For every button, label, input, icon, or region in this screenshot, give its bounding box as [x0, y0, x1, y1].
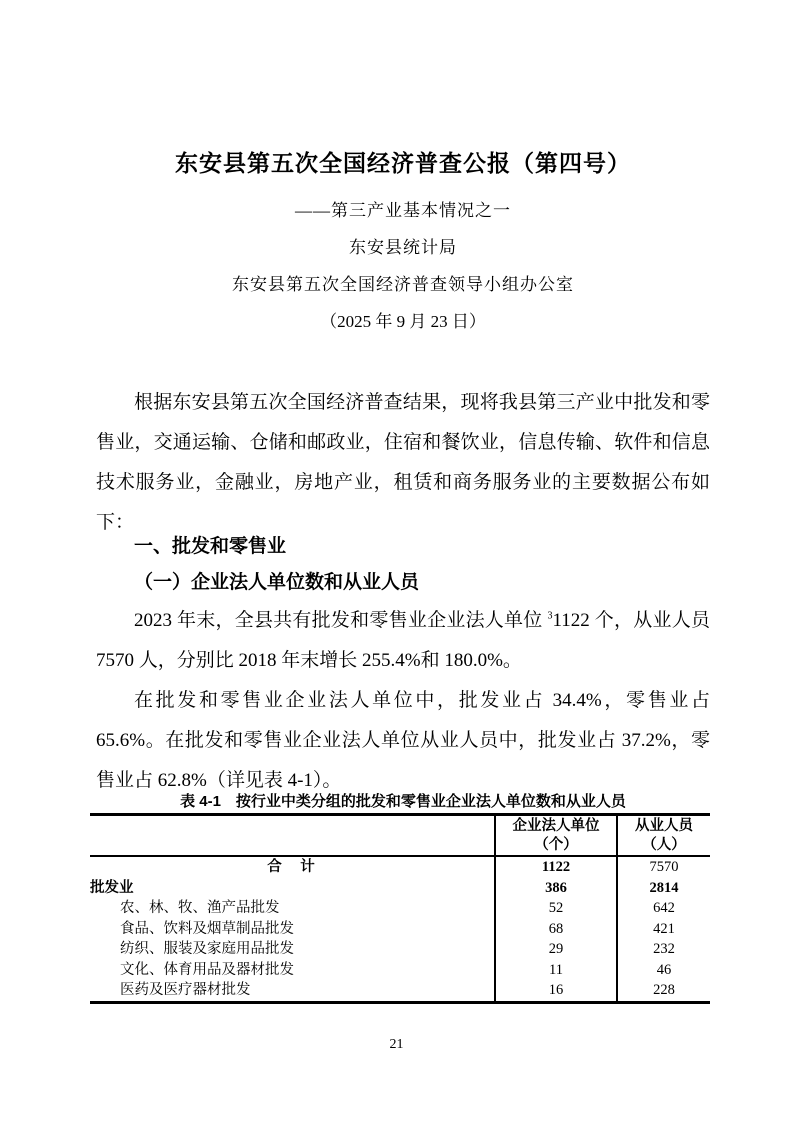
table-row: 纺织、服装及家庭用品批发 29 232 [90, 939, 710, 960]
corp-units-header-line2: （个） [496, 836, 616, 855]
corp-units-column-header: 企业法人单位 （个） [495, 815, 617, 857]
units-value: 29 [495, 939, 617, 960]
units-value: 386 [495, 878, 617, 899]
industry-column-header [90, 815, 495, 857]
corp-units-header-line1: 企业法人单位 [496, 817, 616, 836]
persons-value: 2814 [617, 878, 710, 899]
document-subtitle: ——第三产业基本情况之一 [96, 198, 710, 224]
row-label: 批发业 [90, 878, 495, 899]
persons-value: 642 [617, 898, 710, 919]
row-label: 纺织、服装及家庭用品批发 [90, 939, 495, 960]
persons-value: 232 [617, 939, 710, 960]
section-1-heading: 一、批发和零售业 [96, 529, 710, 565]
table-row-wholesale: 批发业 386 2814 [90, 878, 710, 899]
table-row: 文化、体育用品及器材批发 11 46 [90, 960, 710, 981]
document-content: 东安县第五次全国经济普查公报（第四号） ——第三产业基本情况之一 东安县统计局 … [96, 0, 710, 1004]
issuer-line-2: 东安县第五次全国经济普查领导小组办公室 [96, 272, 710, 298]
row-label: 合 计 [90, 856, 495, 878]
units-employment-text-pre: 2023 年末，全县共有批发和零售业企业法人单位 [134, 610, 548, 631]
row-label: 食品、饮料及烟草制品批发 [90, 919, 495, 940]
persons-value: 46 [617, 960, 710, 981]
units-value: 68 [495, 919, 617, 940]
intro-paragraph: 根据东安县第五次全国经济普查结果，现将我县第三产业中批发和零售业，交通运输、仓储… [96, 383, 710, 543]
publish-date: （2025 年 9 月 23 日） [96, 309, 710, 335]
employment-column-header: 从业人员 （人） [617, 815, 710, 857]
table-4-1-title: 表 4-1 按行业中类分组的批发和零售业企业法人单位数和从业人员 [96, 793, 710, 811]
wholesale-retail-share-paragraph: 在批发和零售业企业法人单位中，批发业占 34.4%，零售业占 65.6%。在批发… [96, 681, 710, 801]
persons-value: 228 [617, 980, 710, 1002]
document-page: 东安县第五次全国经济普查公报（第四号） ——第三产业基本情况之一 东安县统计局 … [0, 0, 793, 1122]
units-value: 52 [495, 898, 617, 919]
table-4-1: 企业法人单位 （个） 从业人员 （人） 合 计 1122 7570 批发业 [90, 813, 710, 1004]
table-row-total: 合 计 1122 7570 [90, 856, 710, 878]
page-number: 21 [0, 1036, 793, 1054]
persons-value: 7570 [617, 856, 710, 878]
document-title: 东安县第五次全国经济普查公报（第四号） [96, 146, 710, 182]
row-label: 医药及医疗器材批发 [90, 980, 495, 1002]
employment-header-line2: （人） [618, 836, 710, 855]
row-label: 文化、体育用品及器材批发 [90, 960, 495, 981]
table-row: 农、林、牧、渔产品批发 52 642 [90, 898, 710, 919]
units-value: 16 [495, 980, 617, 1002]
units-value: 1122 [495, 856, 617, 878]
row-label: 农、林、牧、渔产品批发 [90, 898, 495, 919]
table-row: 医药及医疗器材批发 16 228 [90, 980, 710, 1002]
subsection-1-heading: （一）企业法人单位数和从业人员 [96, 565, 710, 601]
units-employment-paragraph: 2023 年末，全县共有批发和零售业企业法人单位 31122 个，从业人员 75… [96, 601, 710, 681]
table-header-row: 企业法人单位 （个） 从业人员 （人） [90, 815, 710, 857]
units-value: 11 [495, 960, 617, 981]
issuer-line-1: 东安县统计局 [96, 235, 710, 261]
persons-value: 421 [617, 919, 710, 940]
employment-header-line1: 从业人员 [618, 817, 710, 836]
table-row: 食品、饮料及烟草制品批发 68 421 [90, 919, 710, 940]
